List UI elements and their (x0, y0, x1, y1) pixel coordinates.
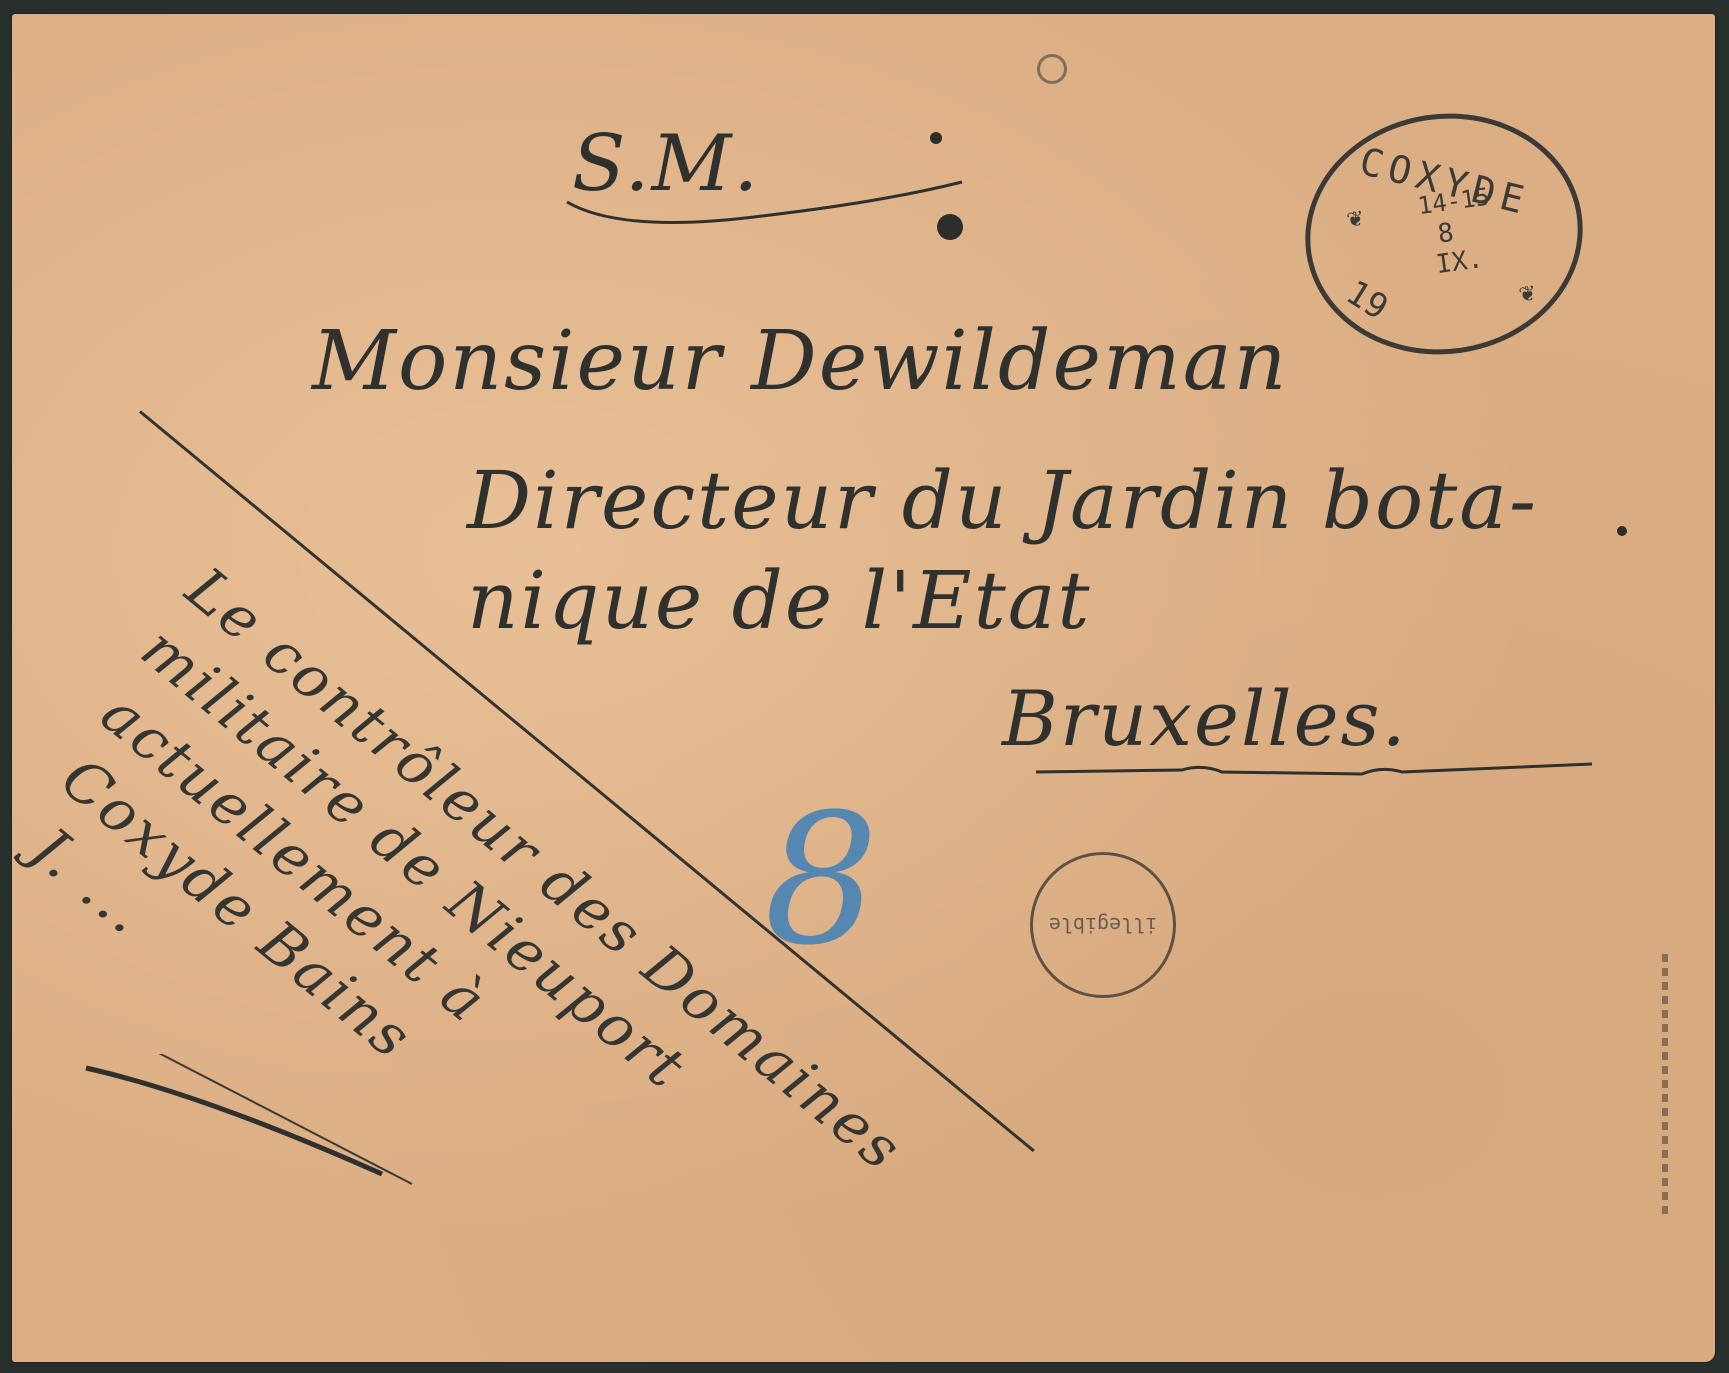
postmark-day: 8 (1436, 218, 1456, 250)
ink-dot (930, 132, 942, 144)
address-title-line2: nique de l'Etat (467, 554, 1092, 647)
address-recipient: Monsieur Dewildeman (312, 314, 1288, 409)
city-underline (1032, 754, 1612, 784)
postmark-ornament-icon: ❦ (1517, 277, 1537, 309)
postmark-year: 19 (1339, 273, 1395, 329)
signature-flourish (82, 1054, 442, 1194)
small-stamp-text: illegible (1049, 913, 1157, 937)
ink-dot (937, 214, 963, 240)
address-title-line1: Directeur du Jardin bota- (467, 454, 1538, 547)
postmark-month: IX. (1434, 244, 1485, 280)
postmark-ornament-icon: ❦ (1345, 202, 1365, 234)
small-circular-stamp: illegible (1030, 852, 1176, 998)
edge-ink-mark (1662, 954, 1668, 1214)
address-city: Bruxelles. (1002, 674, 1408, 763)
ink-dot (1617, 526, 1627, 536)
blue-crayon-mark: 8 (764, 776, 879, 985)
postmark-coxyde: COXYDE ❦ 14-15 8 IX. 19 ❦ (1290, 96, 1599, 372)
service-mark-flourish (562, 174, 982, 234)
ink-ring-mark (1037, 54, 1067, 84)
envelope: S.M. COXYDE ❦ 14-15 8 IX. 19 ❦ Monsieur … (12, 14, 1715, 1362)
